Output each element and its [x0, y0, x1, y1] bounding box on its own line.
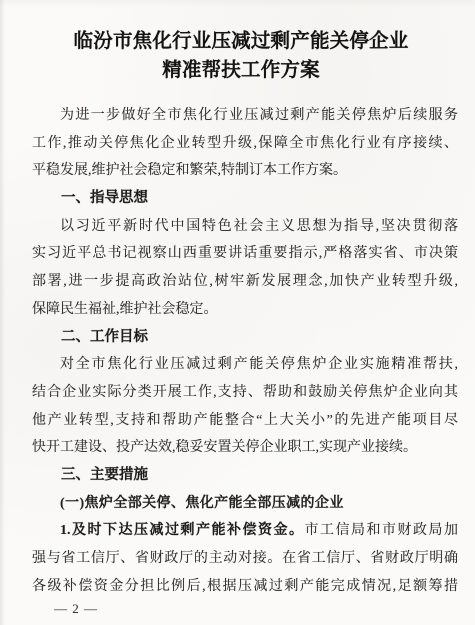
- document-line: 各级补偿资金分担比例后,根据压减过剩产能完成情况,足额筹措: [32, 573, 458, 601]
- document-line: 实习近平总书记视察山西重要讲话重要指示,严格落实省、市决策: [32, 240, 458, 268]
- document-line: 强与省工信厅、省财政厅的主动对接。在省工信厅、省财政厅明确: [32, 545, 458, 573]
- document-line: 平稳发展,维护社会稳定和繁荣,特制订本工作方案。: [32, 157, 458, 185]
- title-line-2: 精准帮扶工作方案: [24, 56, 458, 85]
- document-line: 工作,推动关停焦化企业转型升级,保障全市焦化行业有序接续、: [32, 130, 458, 158]
- document-page: 临汾市焦化行业压减过剩产能关停企业 精准帮扶工作方案 为进一步做好全市焦化行业压…: [0, 0, 475, 625]
- document-line: (一)焦炉全部关停、焦化产能全部压减的企业: [32, 490, 458, 518]
- measure-lead-sentence: 1.及时下达压减过剩产能补偿资金。: [60, 523, 305, 538]
- body-text: 市工信局和市财政局加: [305, 523, 459, 538]
- document-line: 一、指导思想: [32, 185, 458, 213]
- document-body: 为进一步做好全市焦化行业压减过剩产能关停焦炉后续服务工作,推动关停焦化企业转型升…: [32, 102, 458, 600]
- document-line: 三、主要措施: [32, 462, 458, 490]
- document-line: 他产业转型,支持和帮助产能整合“上大关小”的先进产能项目尽: [32, 407, 458, 435]
- document-line: 部署,进一步提高政治站位,树牢新发展理念,加快产业转型升级,: [32, 268, 458, 296]
- document-title: 临汾市焦化行业压减过剩产能关停企业 精准帮扶工作方案: [24, 27, 458, 85]
- document-line: 保障民生福祉,维护社会稳定。: [32, 296, 458, 324]
- document-line: 1.及时下达压减过剩产能补偿资金。市工信局和市财政局加: [32, 517, 458, 545]
- document-line: 对全市焦化行业压减过剩产能关停焦炉企业实施精准帮扶,: [32, 351, 458, 379]
- document-line: 以习近平新时代中国特色社会主义思想为指导,坚决贯彻落: [32, 213, 458, 241]
- page-number: — 2 —: [54, 601, 458, 616]
- document-line: 结合企业实际分类开展工作,支持、帮助和鼓励关停焦炉企业向其: [32, 379, 458, 407]
- title-line-1: 临汾市焦化行业压减过剩产能关停企业: [24, 27, 458, 56]
- document-line: 为进一步做好全市焦化行业压减过剩产能关停焦炉后续服务: [32, 102, 458, 130]
- document-line: 二、工作目标: [32, 324, 458, 352]
- document-line: 快开工建设、投产达效,稳妥安置关停企业职工,实现产业接续。: [32, 434, 458, 462]
